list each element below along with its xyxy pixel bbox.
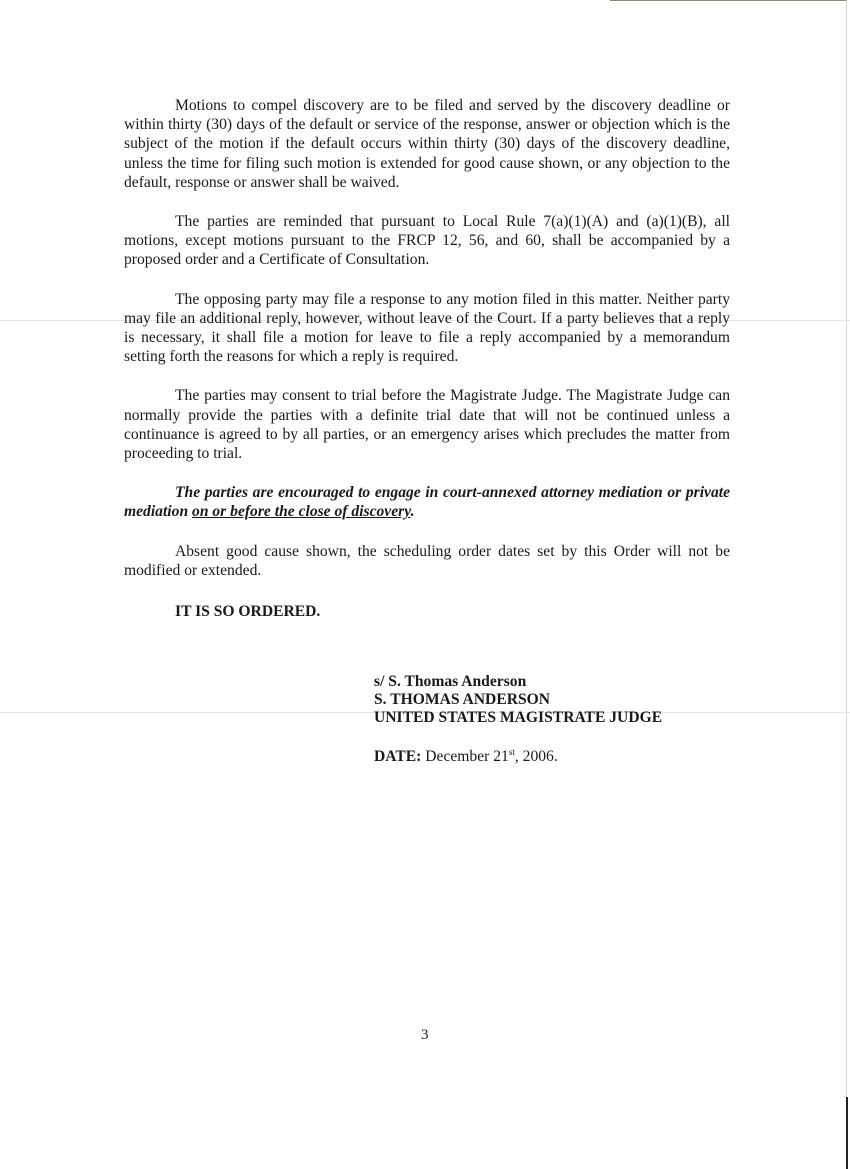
mediation-underlined: on or before the close of discovery (192, 503, 411, 520)
date-value: December 21 (421, 748, 508, 765)
signature-block: s/ S. Thomas Anderson S. THOMAS ANDERSON… (374, 673, 662, 727)
paragraph-response-reply: The opposing party may file a response t… (124, 290, 730, 367)
paragraph-motions-to-compel: Motions to compel discovery are to be fi… (124, 96, 730, 192)
judge-name: S. THOMAS ANDERSON (374, 691, 662, 709)
scan-top-edge (610, 0, 846, 1)
paragraph-mediation: The parties are encouraged to engage in … (124, 483, 730, 521)
electronic-signature: s/ S. Thomas Anderson (374, 673, 662, 691)
date-line: DATE: December 21st, 2006. (374, 747, 558, 766)
mediation-end: . (411, 503, 415, 520)
paragraph-absent-good-cause: Absent good cause shown, the scheduling … (124, 542, 730, 580)
it-is-so-ordered: IT IS SO ORDERED. (175, 600, 730, 621)
document-body: Motions to compel discovery are to be fi… (124, 96, 730, 621)
paragraph-magistrate-consent: The parties may consent to trial before … (124, 386, 730, 463)
date-year: , 2006. (515, 748, 558, 765)
scan-right-edge (846, 0, 847, 1169)
paragraph-local-rule: The parties are reminded that pursuant t… (124, 212, 730, 270)
page-number: 3 (421, 1027, 429, 1044)
date-label: DATE: (374, 748, 421, 765)
judge-title: UNITED STATES MAGISTRATE JUDGE (374, 709, 662, 727)
scan-right-edge-dark (846, 1097, 848, 1169)
